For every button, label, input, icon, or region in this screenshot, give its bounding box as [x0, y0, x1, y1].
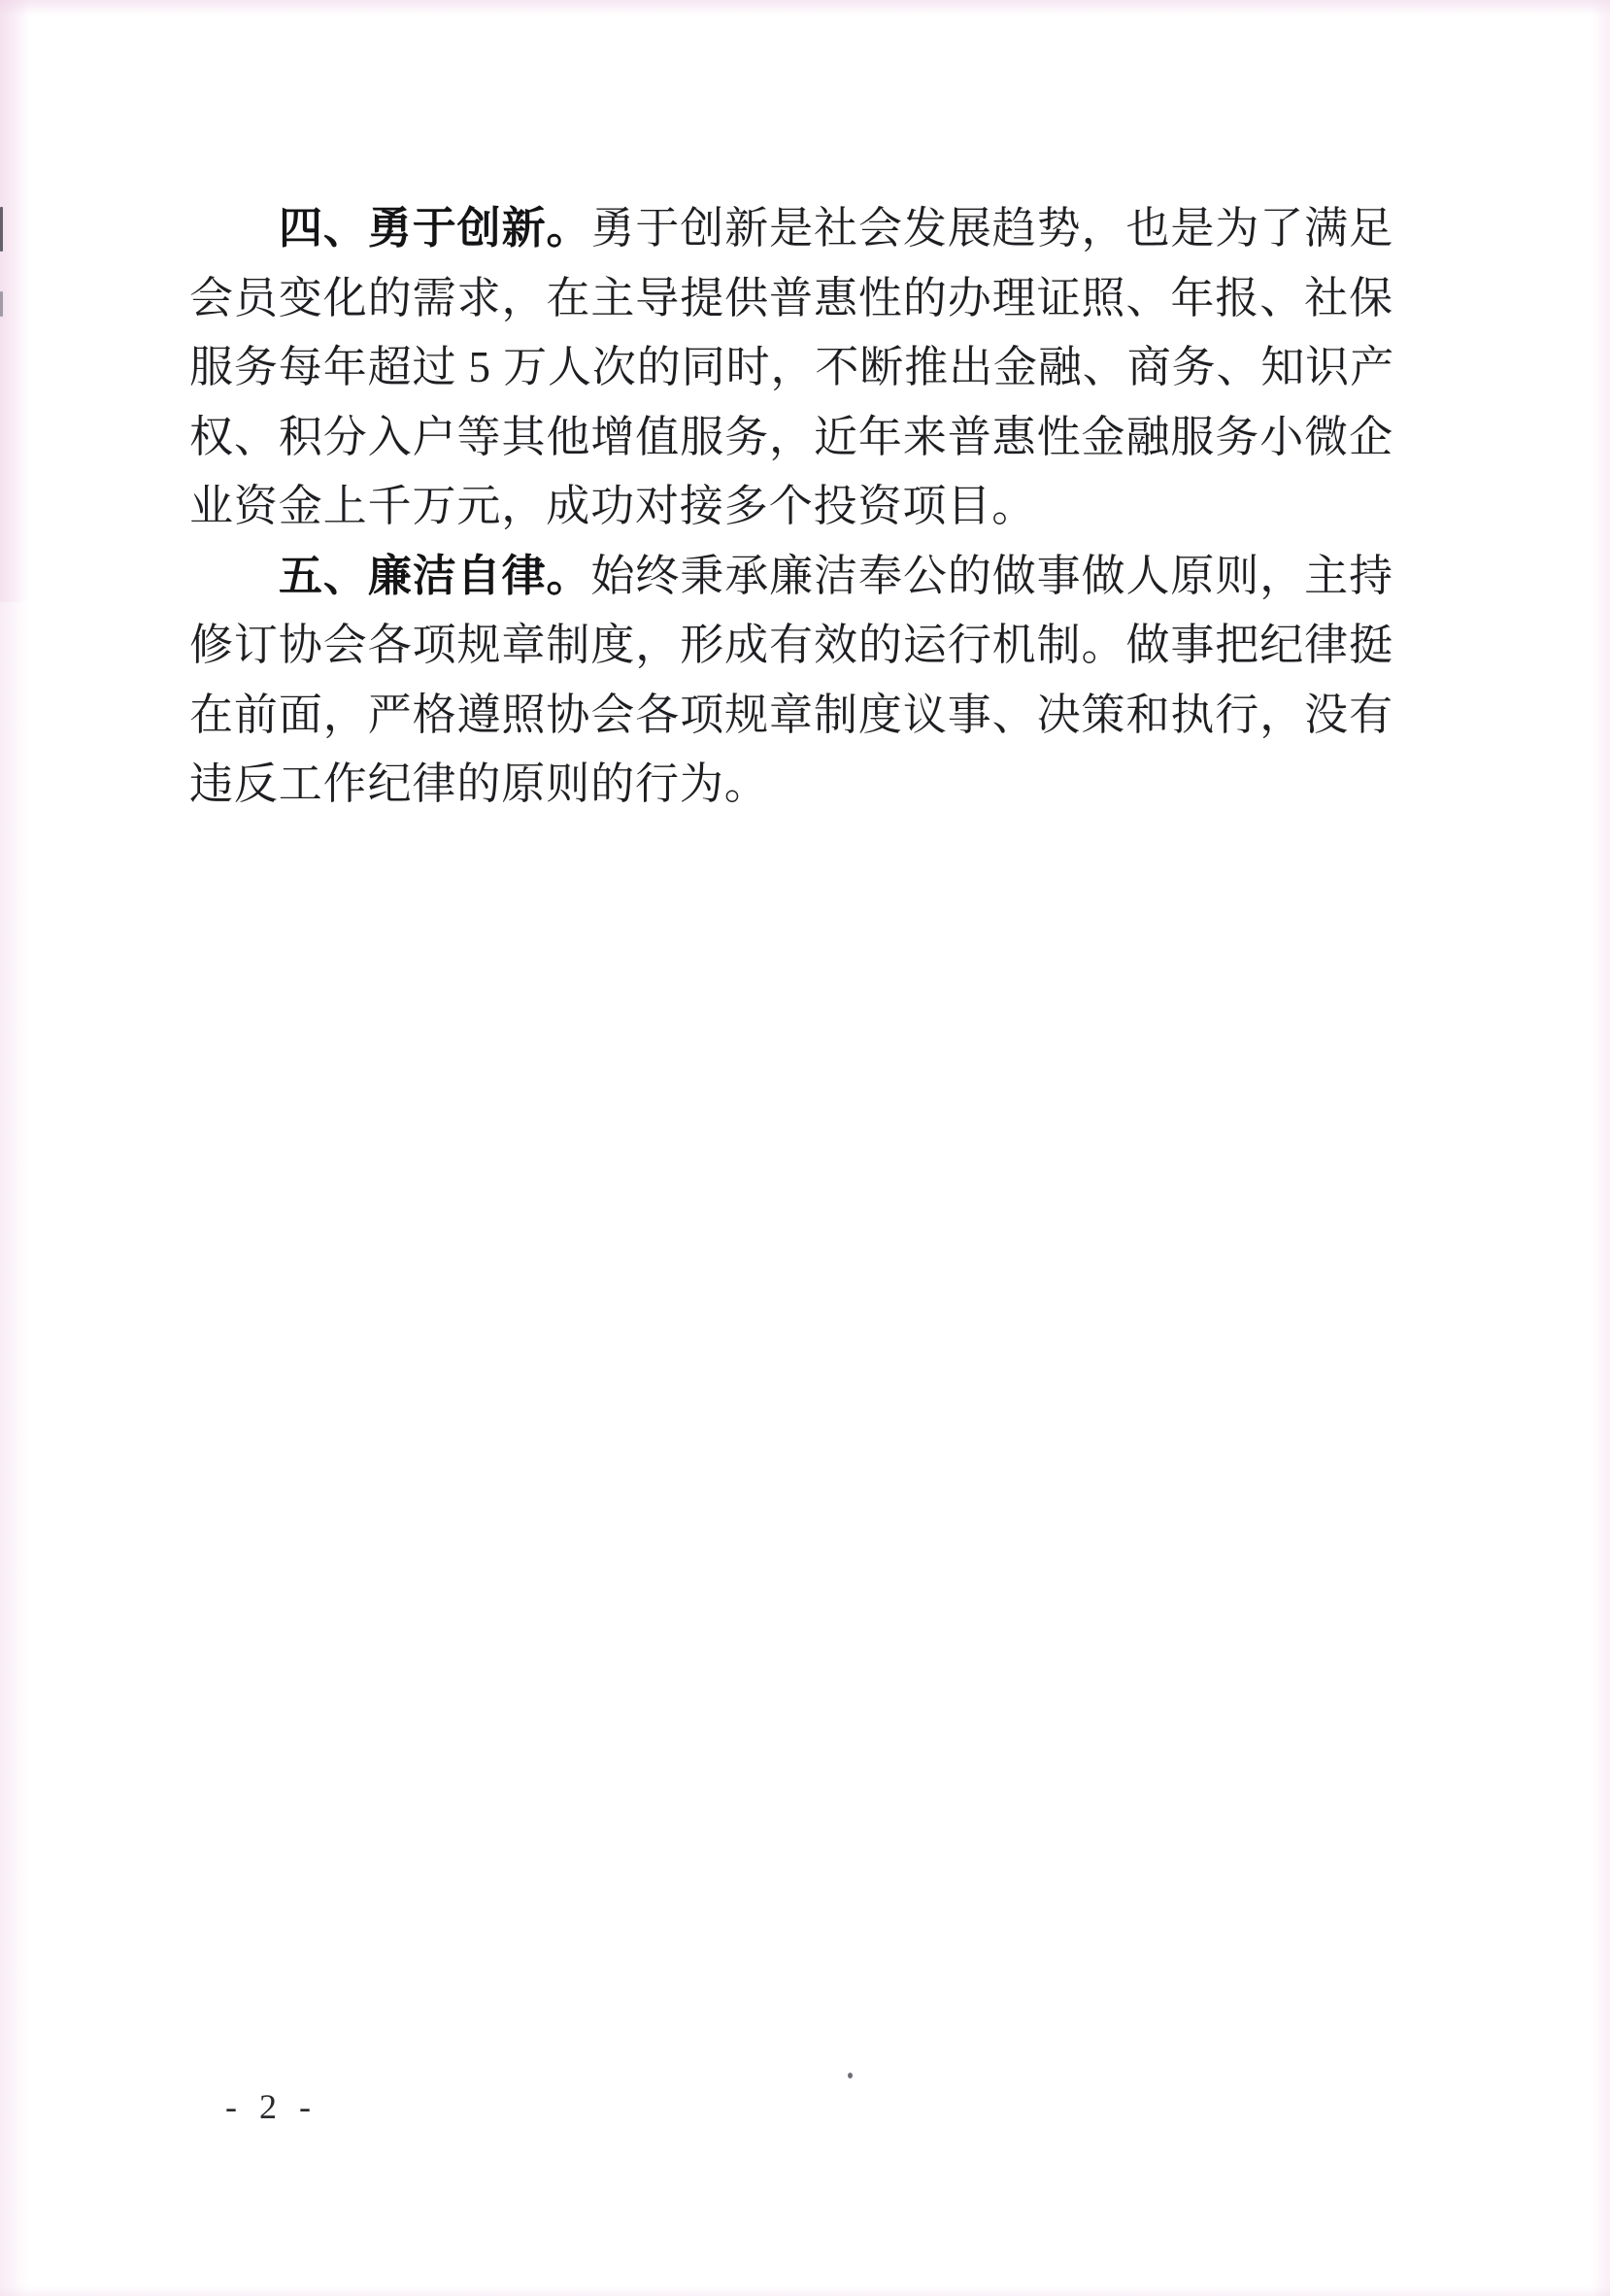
paragraph-2-heading: 五、廉洁自律。: [279, 552, 590, 600]
paragraph-2-line-1-text: 始终秉承廉洁奉公的做事做人原则，主持: [590, 552, 1393, 600]
paragraph-1-line-1: 四、勇于创新。勇于创新是社会发展趋势，也是为了满足: [189, 194, 1393, 264]
paragraph-1-line-5: 业资金上千万元，成功对接多个投资项目。: [189, 472, 1393, 542]
scan-edge-tint-top: [0, 0, 1610, 16]
scan-edge-tint-right: [1591, 0, 1610, 2296]
paragraph-2-line-2: 修订协会各项规章制度，形成有效的运行机制。做事把纪律挺: [189, 611, 1393, 681]
paragraph-1-line-1-text: 勇于创新是社会发展趋势，也是为了满足: [590, 204, 1393, 253]
scan-edge-tint-left: [0, 0, 29, 2296]
document-body: 四、勇于创新。勇于创新是社会发展趋势，也是为了满足 会员变化的需求，在主导提供普…: [189, 194, 1393, 820]
scan-artifact-speck: [848, 2073, 853, 2078]
scan-artifact-left-mark-2: [0, 291, 3, 317]
paragraph-2-line-4: 违反工作纪律的原则的行为。: [189, 750, 1393, 820]
paragraph-1-line-4: 权、积分入户等其他增值服务，近年来普惠性金融服务小微企: [189, 403, 1393, 473]
paragraph-1-line-3: 服务每年超过 5 万人次的同时，不断推出金融、商务、知识产: [189, 333, 1393, 403]
scan-artifact-left-mark: [0, 207, 3, 252]
paragraph-2-line-3: 在前面，严格遵照协会各项规章制度议事、决策和执行，没有: [189, 681, 1393, 751]
paragraph-2-line-1: 五、廉洁自律。始终秉承廉洁奉公的做事做人原则，主持: [189, 542, 1393, 612]
scan-edge-tint-bottom: [0, 2286, 1610, 2296]
paragraph-1-line-2: 会员变化的需求，在主导提供普惠性的办理证照、年报、社保: [189, 264, 1393, 334]
page-number: - 2 -: [225, 2086, 318, 2127]
paragraph-1-heading: 四、勇于创新。: [279, 204, 590, 253]
